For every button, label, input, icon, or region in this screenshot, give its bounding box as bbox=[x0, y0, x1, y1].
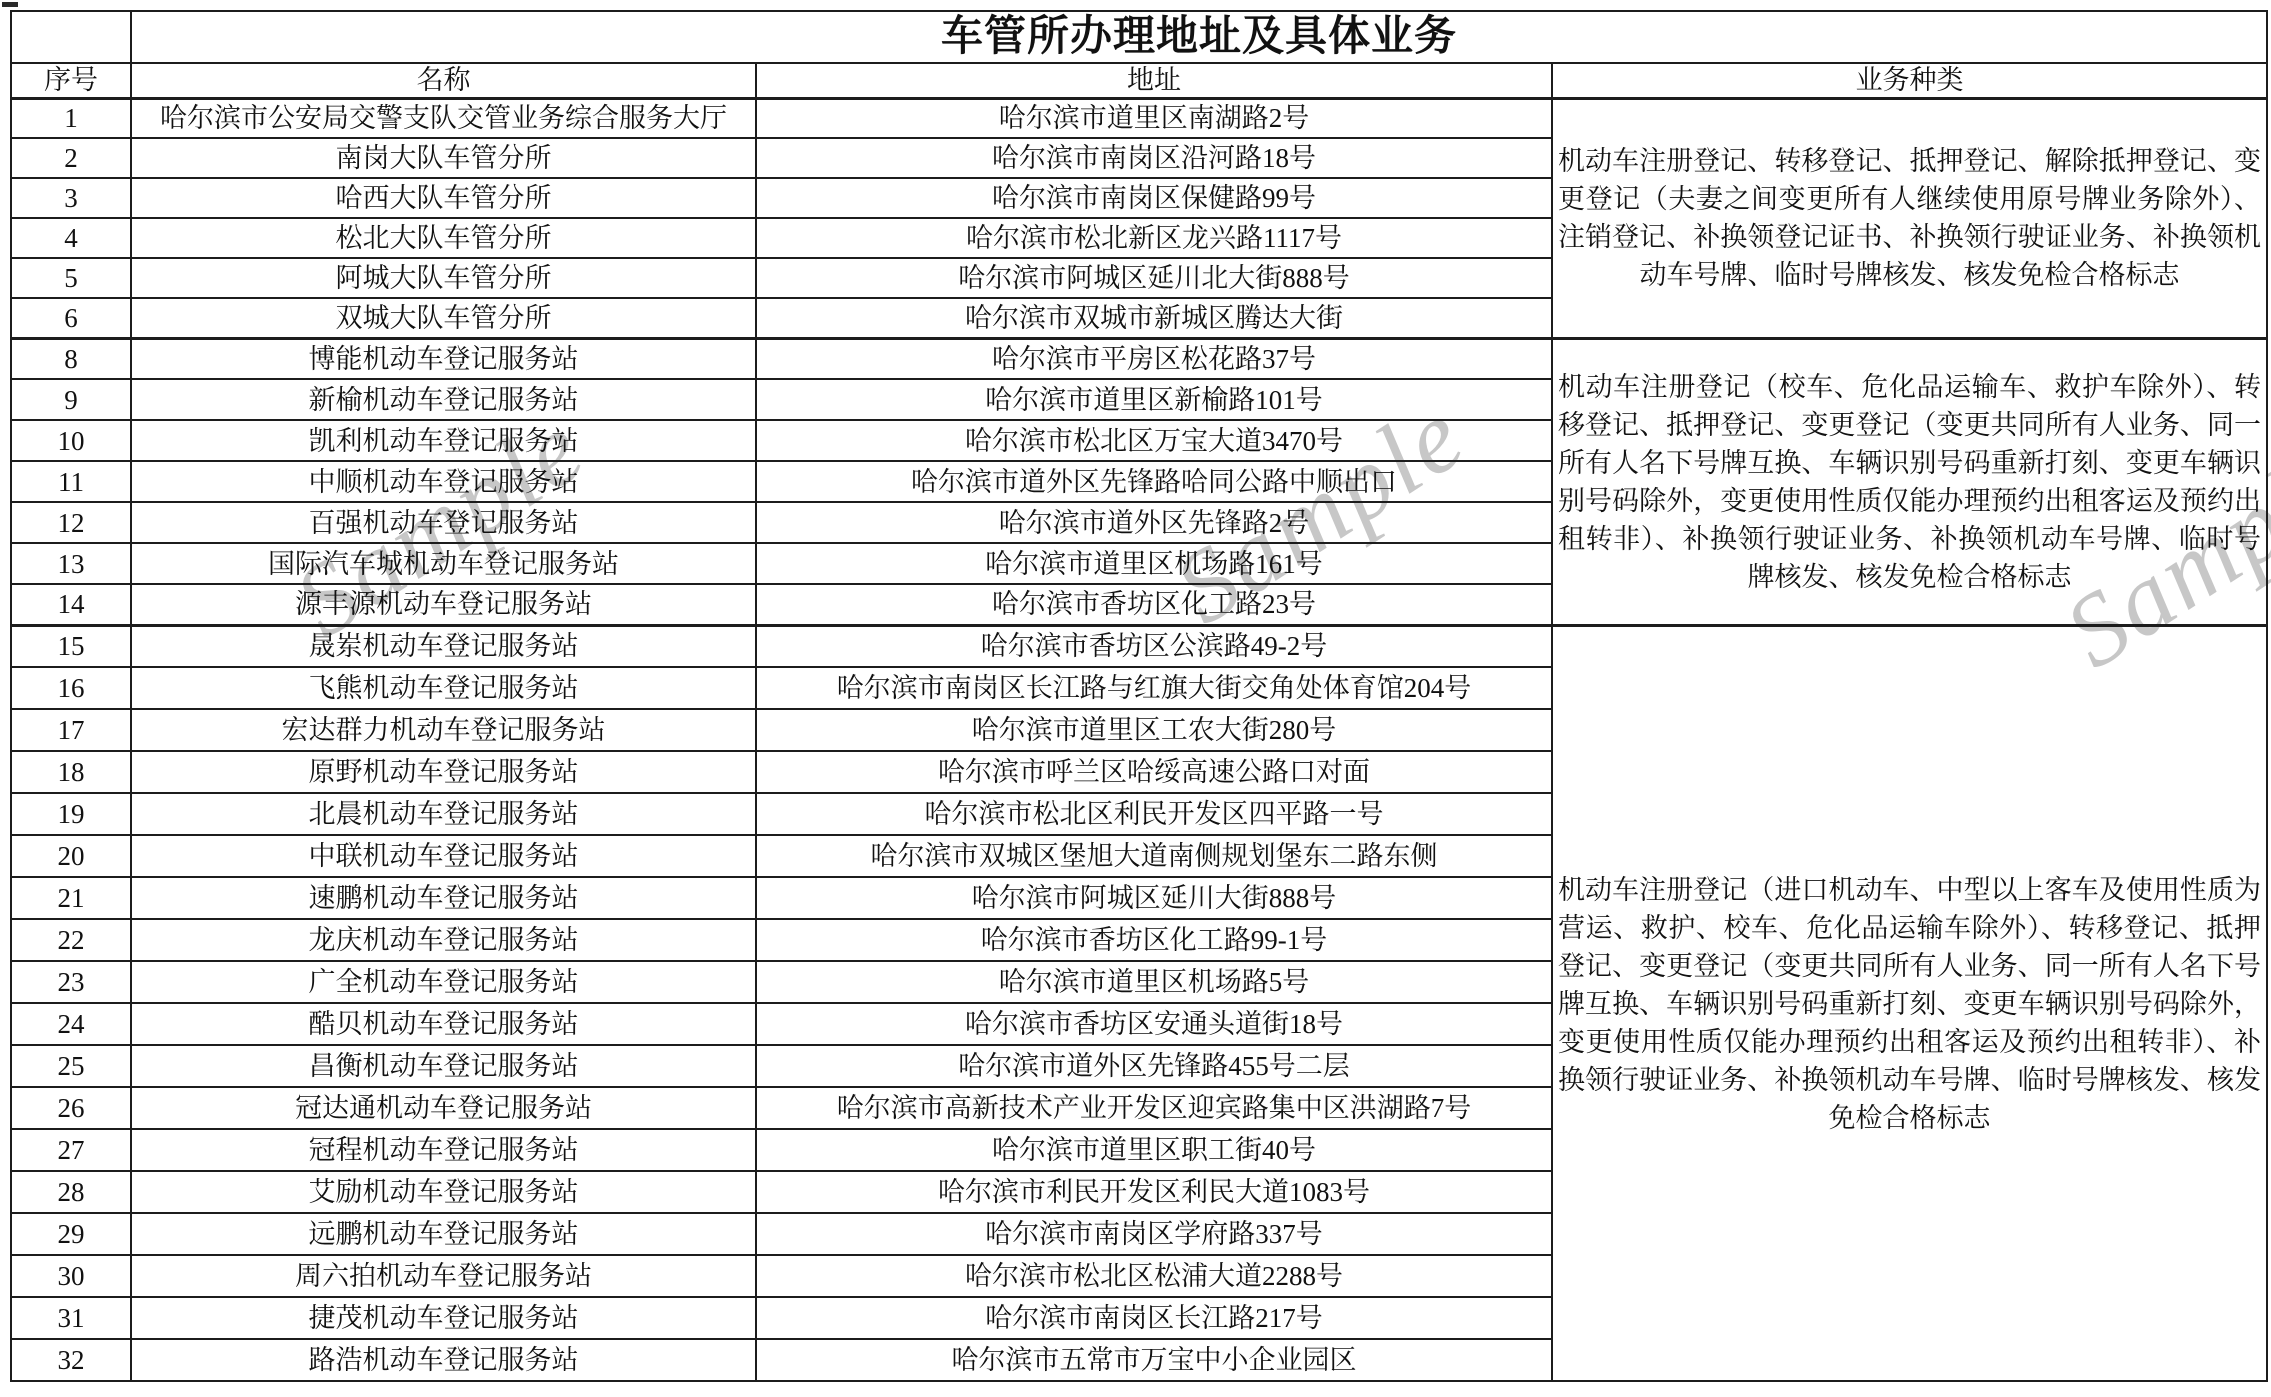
serial-cell: 29 bbox=[11, 1213, 131, 1255]
address-cell: 哈尔滨市松北区万宝大道3470号 bbox=[756, 420, 1552, 461]
business-type-cell: 机动车注册登记（进口机动车、中型以上客车及使用性质为营运、救护、校车、危化品运输… bbox=[1552, 625, 2267, 1381]
vehicle-admin-table: 车管所办理地址及具体业务 序号 名称 地址 业务种类 1哈尔滨市公安局交警支队交… bbox=[10, 10, 2268, 1382]
business-type-cell: 机动车注册登记（校车、危化品运输车、救护车除外）、转移登记、抵押登记、变更登记（… bbox=[1552, 338, 2267, 625]
serial-cell: 18 bbox=[11, 751, 131, 793]
address-cell: 哈尔滨市松北区利民开发区四平路一号 bbox=[756, 793, 1552, 835]
serial-cell: 3 bbox=[11, 178, 131, 218]
name-cell: 凯利机动车登记服务站 bbox=[131, 420, 756, 461]
address-cell: 哈尔滨市五常市万宝中小企业园区 bbox=[756, 1339, 1552, 1381]
address-cell: 哈尔滨市道里区工农大街280号 bbox=[756, 709, 1552, 751]
name-cell: 晟岽机动车登记服务站 bbox=[131, 625, 756, 667]
serial-cell: 9 bbox=[11, 379, 131, 420]
serial-cell: 21 bbox=[11, 877, 131, 919]
name-cell: 原野机动车登记服务站 bbox=[131, 751, 756, 793]
serial-cell: 15 bbox=[11, 625, 131, 667]
name-cell: 南岗大队车管分所 bbox=[131, 138, 756, 178]
serial-cell: 14 bbox=[11, 584, 131, 625]
address-cell: 哈尔滨市呼兰区哈绥高速公路口对面 bbox=[756, 751, 1552, 793]
address-cell: 哈尔滨市香坊区公滨路49-2号 bbox=[756, 625, 1552, 667]
address-cell: 哈尔滨市南岗区保健路99号 bbox=[756, 178, 1552, 218]
serial-cell: 8 bbox=[11, 338, 131, 379]
name-cell: 北晨机动车登记服务站 bbox=[131, 793, 756, 835]
address-cell: 哈尔滨市香坊区化工路99-1号 bbox=[756, 919, 1552, 961]
serial-cell: 32 bbox=[11, 1339, 131, 1381]
serial-cell: 27 bbox=[11, 1129, 131, 1171]
address-cell: 哈尔滨市道里区南湖路2号 bbox=[756, 98, 1552, 138]
table-row: 15晟岽机动车登记服务站哈尔滨市香坊区公滨路49-2号机动车注册登记（进口机动车… bbox=[11, 625, 2267, 667]
name-cell: 远鹏机动车登记服务站 bbox=[131, 1213, 756, 1255]
name-cell: 路浩机动车登记服务站 bbox=[131, 1339, 756, 1381]
serial-cell: 16 bbox=[11, 667, 131, 709]
serial-cell: 31 bbox=[11, 1297, 131, 1339]
name-cell: 广全机动车登记服务站 bbox=[131, 961, 756, 1003]
name-cell: 新榆机动车登记服务站 bbox=[131, 379, 756, 420]
serial-cell: 4 bbox=[11, 218, 131, 258]
serial-cell: 2 bbox=[11, 138, 131, 178]
name-cell: 阿城大队车管分所 bbox=[131, 258, 756, 298]
name-cell: 冠程机动车登记服务站 bbox=[131, 1129, 756, 1171]
address-cell: 哈尔滨市道外区先锋路455号二层 bbox=[756, 1045, 1552, 1087]
address-cell: 哈尔滨市南岗区沿河路18号 bbox=[756, 138, 1552, 178]
name-cell: 冠达通机动车登记服务站 bbox=[131, 1087, 756, 1129]
name-cell: 速鹏机动车登记服务站 bbox=[131, 877, 756, 919]
address-cell: 哈尔滨市利民开发区利民大道1083号 bbox=[756, 1171, 1552, 1213]
name-cell: 百强机动车登记服务站 bbox=[131, 502, 756, 543]
name-cell: 国际汽车城机动车登记服务站 bbox=[131, 543, 756, 584]
address-cell: 哈尔滨市道里区机场路161号 bbox=[756, 543, 1552, 584]
serial-cell: 28 bbox=[11, 1171, 131, 1213]
name-cell: 哈西大队车管分所 bbox=[131, 178, 756, 218]
address-cell: 哈尔滨市南岗区长江路217号 bbox=[756, 1297, 1552, 1339]
name-cell: 松北大队车管分所 bbox=[131, 218, 756, 258]
corner-cell bbox=[11, 11, 131, 63]
serial-cell: 30 bbox=[11, 1255, 131, 1297]
serial-cell: 19 bbox=[11, 793, 131, 835]
table-body: 1哈尔滨市公安局交警支队交管业务综合服务大厅哈尔滨市道里区南湖路2号机动车注册登… bbox=[11, 98, 2267, 1381]
serial-cell: 24 bbox=[11, 1003, 131, 1045]
title-row: 车管所办理地址及具体业务 bbox=[11, 11, 2267, 63]
business-type-cell: 机动车注册登记、转移登记、抵押登记、解除抵押登记、变更登记（夫妻之间变更所有人继… bbox=[1552, 98, 2267, 338]
name-cell: 哈尔滨市公安局交警支队交管业务综合服务大厅 bbox=[131, 98, 756, 138]
address-cell: 哈尔滨市道里区新榆路101号 bbox=[756, 379, 1552, 420]
serial-cell: 26 bbox=[11, 1087, 131, 1129]
scan-artifact bbox=[2, 2, 18, 7]
name-cell: 双城大队车管分所 bbox=[131, 298, 756, 338]
address-cell: 哈尔滨市高新技术产业开发区迎宾路集中区洪湖路7号 bbox=[756, 1087, 1552, 1129]
serial-cell: 25 bbox=[11, 1045, 131, 1087]
serial-cell: 23 bbox=[11, 961, 131, 1003]
serial-cell: 1 bbox=[11, 98, 131, 138]
name-cell: 周六拍机动车登记服务站 bbox=[131, 1255, 756, 1297]
serial-cell: 20 bbox=[11, 835, 131, 877]
address-cell: 哈尔滨市道外区先锋路2号 bbox=[756, 502, 1552, 543]
name-cell: 酷贝机动车登记服务站 bbox=[131, 1003, 756, 1045]
header-name: 名称 bbox=[131, 63, 756, 98]
name-cell: 昌衡机动车登记服务站 bbox=[131, 1045, 756, 1087]
serial-cell: 22 bbox=[11, 919, 131, 961]
name-cell: 龙庆机动车登记服务站 bbox=[131, 919, 756, 961]
page-title: 车管所办理地址及具体业务 bbox=[131, 11, 2267, 63]
address-cell: 哈尔滨市道外区先锋路哈同公路中顺出口 bbox=[756, 461, 1552, 502]
address-cell: 哈尔滨市道里区职工街40号 bbox=[756, 1129, 1552, 1171]
address-cell: 哈尔滨市松北区松浦大道2288号 bbox=[756, 1255, 1552, 1297]
serial-cell: 5 bbox=[11, 258, 131, 298]
name-cell: 宏达群力机动车登记服务站 bbox=[131, 709, 756, 751]
address-cell: 哈尔滨市南岗区学府路337号 bbox=[756, 1213, 1552, 1255]
name-cell: 中顺机动车登记服务站 bbox=[131, 461, 756, 502]
header-business-type: 业务种类 bbox=[1552, 63, 2267, 98]
address-cell: 哈尔滨市道里区机场路5号 bbox=[756, 961, 1552, 1003]
serial-cell: 10 bbox=[11, 420, 131, 461]
name-cell: 博能机动车登记服务站 bbox=[131, 338, 756, 379]
serial-cell: 12 bbox=[11, 502, 131, 543]
serial-cell: 17 bbox=[11, 709, 131, 751]
address-cell: 哈尔滨市香坊区化工路23号 bbox=[756, 584, 1552, 625]
table-row: 8博能机动车登记服务站哈尔滨市平房区松花路37号机动车注册登记（校车、危化品运输… bbox=[11, 338, 2267, 379]
address-cell: 哈尔滨市平房区松花路37号 bbox=[756, 338, 1552, 379]
address-cell: 哈尔滨市阿城区延川大街888号 bbox=[756, 877, 1552, 919]
address-cell: 哈尔滨市南岗区长江路与红旗大街交角处体育馆204号 bbox=[756, 667, 1552, 709]
header-serial: 序号 bbox=[11, 63, 131, 98]
name-cell: 飞熊机动车登记服务站 bbox=[131, 667, 756, 709]
header-row: 序号 名称 地址 业务种类 bbox=[11, 63, 2267, 98]
table-row: 1哈尔滨市公安局交警支队交管业务综合服务大厅哈尔滨市道里区南湖路2号机动车注册登… bbox=[11, 98, 2267, 138]
serial-cell: 13 bbox=[11, 543, 131, 584]
serial-cell: 6 bbox=[11, 298, 131, 338]
document-page: Sample Sample Sample 车管所办理地址及具体业务 序号 名称 … bbox=[0, 0, 2271, 1397]
serial-cell: 11 bbox=[11, 461, 131, 502]
address-cell: 哈尔滨市香坊区安通头道街18号 bbox=[756, 1003, 1552, 1045]
name-cell: 艾励机动车登记服务站 bbox=[131, 1171, 756, 1213]
address-cell: 哈尔滨市松北新区龙兴路1117号 bbox=[756, 218, 1552, 258]
address-cell: 哈尔滨市阿城区延川北大街888号 bbox=[756, 258, 1552, 298]
name-cell: 中联机动车登记服务站 bbox=[131, 835, 756, 877]
header-address: 地址 bbox=[756, 63, 1552, 98]
address-cell: 哈尔滨市双城市新城区腾达大街 bbox=[756, 298, 1552, 338]
address-cell: 哈尔滨市双城区堡旭大道南侧规划堡东二路东侧 bbox=[756, 835, 1552, 877]
name-cell: 捷茂机动车登记服务站 bbox=[131, 1297, 756, 1339]
name-cell: 源丰源机动车登记服务站 bbox=[131, 584, 756, 625]
